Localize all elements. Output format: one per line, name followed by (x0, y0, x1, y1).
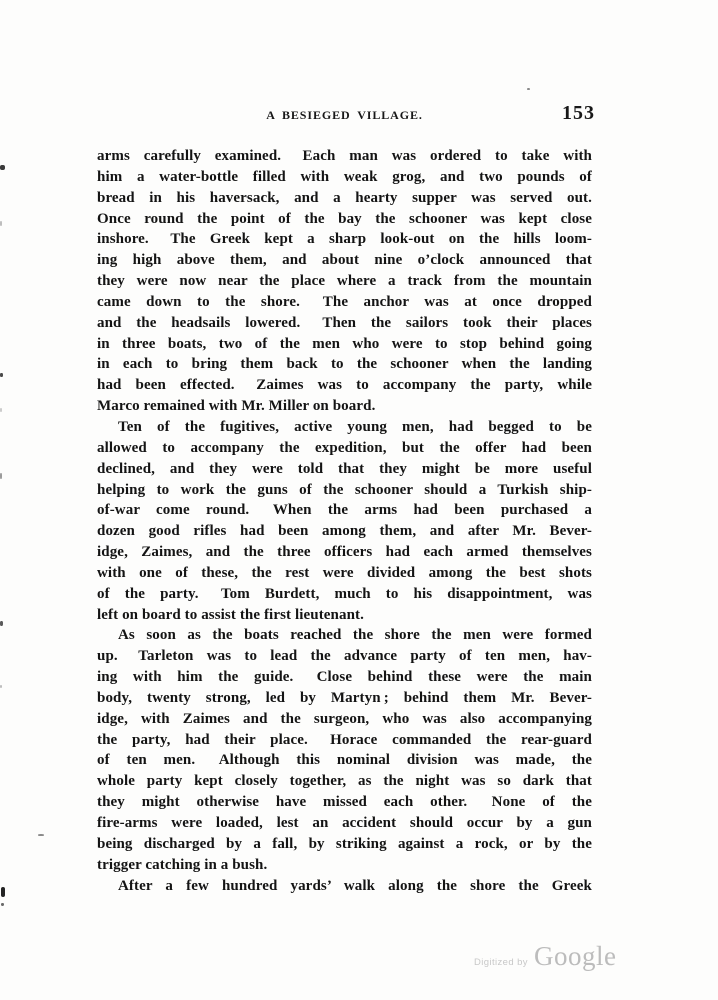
text-line: idge, with Zaimes and the surgeon, who w… (97, 709, 592, 730)
scan-speck (0, 473, 2, 479)
scan-speck (0, 165, 5, 170)
text-line: up. Tarleton was to lead the advance par… (97, 646, 592, 667)
text-line: ing high above them, and about nine o’cl… (97, 250, 592, 271)
text-line: declined, and they were told that they m… (97, 459, 592, 480)
paragraph: As soon as the boats reached the shore t… (97, 625, 592, 875)
text-line: him a water-bottle filled with weak grog… (97, 167, 592, 188)
text-line: of ten men. Although this nominal divisi… (97, 750, 592, 771)
text-line: idge, Zaimes, and the three officers had… (97, 542, 592, 563)
text-line: Marco remained with Mr. Miller on board. (97, 396, 592, 417)
text-line: they might otherwise have missed each ot… (97, 792, 592, 813)
scan-speck (0, 621, 3, 626)
text-line: being discharged by a fall, by striking … (97, 834, 592, 855)
scan-speck (38, 834, 44, 836)
scan-speck (0, 408, 2, 412)
text-line: arms carefully examined. Each man was or… (97, 146, 592, 167)
text-line: had been effected. Zaimes was to accompa… (97, 375, 592, 396)
text-line: After a few hundred yards’ walk along th… (97, 876, 592, 897)
text-block: arms carefully examined. Each man was or… (97, 146, 592, 896)
paragraph: arms carefully examined. Each man was or… (97, 146, 592, 417)
scan-speck (0, 221, 2, 226)
text-line: ing with him the guide. Close behind the… (97, 667, 592, 688)
scan-speck (1, 903, 4, 906)
page-number: 153 (562, 102, 595, 125)
text-line: inshore. The Greek kept a sharp look-out… (97, 229, 592, 250)
text-line: Ten of the fugitives, active young men, … (97, 417, 592, 438)
text-line: bread in his haversack, and a hearty sup… (97, 188, 592, 209)
text-line: came down to the shore. The anchor was a… (97, 292, 592, 313)
text-line: allowed to accompany the expedition, but… (97, 438, 592, 459)
text-line: trigger catching in a bush. (97, 855, 592, 876)
paragraph: After a few hundred yards’ walk along th… (97, 876, 592, 897)
text-line: in each to bring them back to the schoon… (97, 354, 592, 375)
text-line: the party, had their place. Horace comma… (97, 730, 592, 751)
scan-speck (0, 373, 3, 377)
book-page-scan: A BESIEGED VILLAGE. 153 arms carefully e… (0, 0, 718, 1000)
text-line: in three boats, two of the men who were … (97, 334, 592, 355)
scan-speck (0, 685, 2, 688)
text-line: left on board to assist the first lieute… (97, 605, 592, 626)
text-line: with one of these, the rest were divided… (97, 563, 592, 584)
text-line: As soon as the boats reached the shore t… (97, 625, 592, 646)
text-line: fire-arms were loaded, lest an accident … (97, 813, 592, 834)
text-line: dozen good rifles had been among them, a… (97, 521, 592, 542)
paragraph: Ten of the fugitives, active young men, … (97, 417, 592, 625)
scan-speck (1, 887, 5, 897)
google-logo: Google (534, 941, 616, 972)
text-line: of-war come round. When the arms had bee… (97, 500, 592, 521)
text-line: whole party kept closely together, as th… (97, 771, 592, 792)
text-line: and the headsails lowered. Then the sail… (97, 313, 592, 334)
watermark-digitized-by: Digitized by (474, 957, 528, 968)
text-line: body, twenty strong, led by Martyn ; beh… (97, 688, 592, 709)
text-line: helping to work the guns of the schooner… (97, 480, 592, 501)
text-line: Once round the point of the bay the scho… (97, 209, 592, 230)
scan-speck (527, 88, 530, 90)
text-line: they were now near the place where a tra… (97, 271, 592, 292)
text-line: of the party. Tom Burdett, much to his d… (97, 584, 592, 605)
running-header-title: A BESIEGED VILLAGE. (97, 108, 592, 123)
